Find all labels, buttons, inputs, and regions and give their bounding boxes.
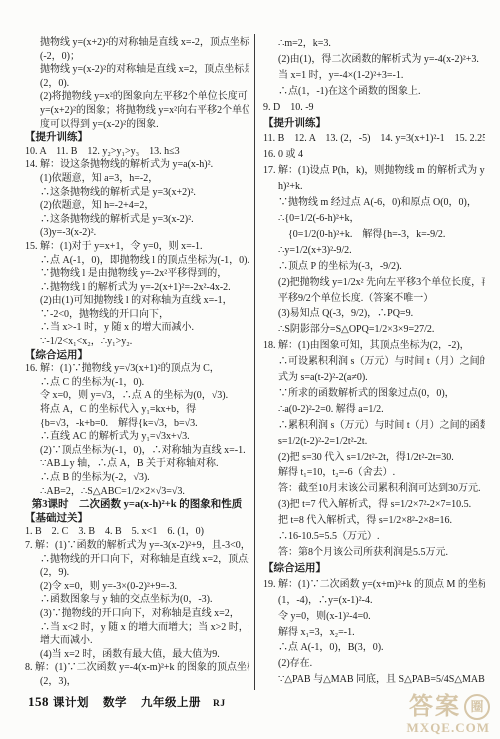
text-line: (2)将抛物线 y=x²的图象向左平移2个单位长度可以得到 <box>25 90 249 104</box>
text-line: ∴点 C 的坐标为(-1，0). <box>25 376 249 390</box>
text-line: ∵-1/2<x₁<x₂，∴y₁>y₂. <box>25 335 249 349</box>
text-line: (2)由(1)，得二次函数的解析式为 y=-4(x-2)²+3. <box>263 52 485 68</box>
text-line: (2)令 x=0，则 y=-3×(0-2)²+9=-3. <box>25 580 249 594</box>
text-line: 15. 解：(1)对于 y=x+1，令 y=0，则 x=-1. <box>25 240 249 254</box>
text-line: 第3课时 二次函数 y=a(x-h)²+k 的图象和性质 <box>25 498 249 512</box>
text-line: 【提升训练】 <box>25 131 249 145</box>
page-number: 158 <box>28 694 49 709</box>
text-line: ∴y=1/2(x+3)²-9/2. <box>263 243 485 259</box>
footer-edition: RJ <box>213 699 226 709</box>
text-line: ∴当 x<2 时，y 随 x 的增大而增大；当 x>2 时，y 随 x 的 <box>25 621 249 635</box>
text-line: 8. 解：(1)∵二次函数 y=-4(x-m)²+k 的图象的顶点坐标为 <box>25 661 249 675</box>
text-line: ∴点 B 的坐标为(-2，√3). <box>25 471 249 485</box>
text-line: (2，9). <box>25 566 249 580</box>
text-line: 将点 A，C 的坐标代入 y₁=kx+b，得 <box>25 403 249 417</box>
text-line: 9. D 10. -9 <box>263 100 485 116</box>
text-line: 令 x=0，则 y=√3，∴点 A 的坐标为(0，√3). <box>25 389 249 403</box>
text-line: 11. B 12. A 13. (2，-5) 14. y=3(x+1)²-1 1… <box>263 131 485 147</box>
text-line: (2)把 s=30 代入 s=1/2t²-2t，得1/2t²-2t=30. <box>263 450 485 466</box>
text-line: 度可以得到 y=(x-2)²的图象. <box>25 118 249 132</box>
text-line: ∵所求的函数解析式的图象过点(0，0)， <box>263 386 485 402</box>
text-line: ∵-2<0，抛物线的开口向下， <box>25 308 249 322</box>
text-line: 增大而减小. <box>25 634 249 648</box>
text-line: (2)依题意，知 h=-2+4=2， <box>25 199 249 213</box>
text-line: (3)把 t=7 代入解析式，得 s=1/2×7²-2×7=10.5. <box>263 497 485 513</box>
text-line: (3)易知点 Q(-3，9/2)，∴PQ=9. <box>263 306 485 322</box>
text-line: ∵抛物线 l 是由抛物线 y=-2x²平移得到的， <box>25 267 249 281</box>
text-line: 把 t=8 代入解析式，得 s=1/2×8²-2×8=16. <box>263 513 485 529</box>
left-column: 抛物线 y=(x+2)²的对称轴是直线 x=-2，顶点坐标是(-2，0)；抛物线… <box>25 36 249 692</box>
text-line: (-2，0)； <box>25 50 249 64</box>
text-line: y=(x+2)²的图象；将抛物线 y=x²向右平移2个单位长 <box>25 104 249 118</box>
text-line: 解得 x₁=3，x₂=-1. <box>263 625 485 641</box>
text-line: ∴S阴影部分=S△OPQ=1/2×3×9=27/2. <box>263 322 485 338</box>
text-line: 答：截至10月末该公司累积利润可达到30万元. <box>263 481 485 497</box>
text-line: 答：第8个月该公司所获利润是5.5万元. <box>263 545 485 561</box>
right-column: ∴m=2，k=3.(2)由(1)，得二次函数的解析式为 y=-4(x-2)²+3… <box>263 36 485 692</box>
text-line: ∵AB⊥y 轴，∴点 A，B 关于对称轴对称. <box>25 457 249 471</box>
text-line: ∴抛物线 l 的解析式为 y=-2(x+1)²=-2x²-4x-2. <box>25 281 249 295</box>
text-line: 【基础过关】 <box>25 512 249 526</box>
footer-subject: 数学 <box>103 697 127 709</box>
text-line: ∴累积利润 s（万元）与时间 t（月）之间的函数解析式为 <box>263 418 485 434</box>
text-line: 7. 解：(1)∵函数的解析式为 y=-3(x-2)²+9，且-3<0， <box>25 539 249 553</box>
text-line: 【综合运用】 <box>263 561 485 577</box>
text-line: 19. 解：(1)∵二次函数 y=(x+m)²+k 的顶点 M 的坐标为 <box>263 577 485 593</box>
text-line: (2)由(1)可知抛物线 l 的对称轴为直线 x=-1， <box>25 294 249 308</box>
text-line: 10. A 11. B 12. y₂>y₁>y₃ 13. h≤3 <box>25 145 249 159</box>
text-line: ∴直线 AC 的解析式为 y₁=√3x+√3. <box>25 430 249 444</box>
text-line: (2)∵顶点坐标为(-1，0)，∴对称轴为直线 x=-1. <box>25 444 249 458</box>
text-line: ∵△PAB 与△MAB 同底，且 S△PAB=5/4S△MAB， <box>263 672 485 688</box>
text-line: ∵抛物线 m 经过点 A(-6，0)和原点 O(0，0)， <box>263 195 485 211</box>
text-line: (2)把抛物线 y=1/2x² 先向左平移3个单位长度，再向下 <box>263 275 485 291</box>
text-line: ∴a(0-2)²-2=0. 解得 a=1/2. <box>263 402 485 418</box>
text-line: 16. 解：(1)∵抛物线 y=√3(x+1)²的顶点为 C， <box>25 362 249 376</box>
text-line: 平移9/2个单位长度.（答案不唯一） <box>263 291 485 307</box>
text-line: 抛物线 y=(x+2)²的对称轴是直线 x=-2，顶点坐标是 <box>25 36 249 50</box>
column-divider <box>254 34 255 690</box>
text-line: ∴16-10.5=5.5（万元）. <box>263 529 485 545</box>
watermark-logo: 答案圈 <box>407 694 490 720</box>
text-line: ∴AB=2，∴S△ABC=1/2×2×√3=√3. <box>25 485 249 499</box>
text-line: ∴m=2，k=3. <box>263 36 485 52</box>
textbook-answer-page: 抛物线 y=(x+2)²的对称轴是直线 x=-2，顶点坐标是(-2，0)；抛物线… <box>0 0 500 739</box>
text-line: 令 y=0，则(x-1)²-4=0. <box>263 609 485 625</box>
watermark-circle-icon: 圈 <box>464 694 490 720</box>
text-line: ∴顶点 P 的坐标为(-3，-9/2). <box>263 259 485 275</box>
text-line: ∴{0=1/2(-6-h)²+k， <box>263 211 485 227</box>
text-line: ∴点 A(-1，0)，即抛物线 l 的顶点坐标为(-1，0). <box>25 254 249 268</box>
page-footer: 158课计划数学九年级上册RJ <box>28 694 226 710</box>
text-line: s=1/2(t-2)²-2=1/2t²-2t. <box>263 434 485 450</box>
watermark-site-text: MXQE.COM <box>407 721 490 735</box>
text-line: 解得 t₁=10，t₂=-6（舍去）. <box>263 465 485 481</box>
watermark: 答案圈 MXQE.COM <box>407 694 490 735</box>
text-line: ∴这条抛物线的解析式是 y=3(x+2)². <box>25 186 249 200</box>
text-line: 14. 解：设这条抛物线的解析式为 y=a(x-h)². <box>25 158 249 172</box>
text-line: ∴抛物线的开口向下，对称轴是直线 x=2，顶点坐标是 <box>25 553 249 567</box>
text-line: 式为 s=a(t-2)²-2(a≠0). <box>263 370 485 386</box>
footer-series: 课计划 <box>53 697 89 709</box>
text-line: ∴可设累积利润 s（万元）与时间 t（月）之间的函数解析 <box>263 354 485 370</box>
text-line: 18. 解：(1)由图象可知，其顶点坐标为(2，-2)， <box>263 338 485 354</box>
text-line: 当 x=1 时，y=-4×(1-2)²+3=-1. <box>263 68 485 84</box>
text-line: h)²+k. <box>263 179 485 195</box>
footer-grade: 九年级上册 <box>141 697 201 709</box>
text-line: 抛物线 y=(x-2)²的对称轴是直线 x=2，顶点坐标是 <box>25 63 249 77</box>
text-line: (4)当 x=2 时，函数有最大值，最大值为9. <box>25 648 249 662</box>
text-line: ∴当 x>-1 时，y 随 x 的增大而减小. <box>25 321 249 335</box>
text-line: (2，0). <box>25 77 249 91</box>
text-line: ∴点 A(-1，0)，B(3，0). <box>263 640 485 656</box>
text-line: 17. 解：(1)设点 P(h，k)，则抛物线 m 的解析式为 y=1/2(x- <box>263 163 485 179</box>
text-line: {0=1/2(0-h)²+k. 解得{h=-3，k=-9/2. <box>263 227 485 243</box>
text-line: (1)依题意，知 a=3，h=-2， <box>25 172 249 186</box>
text-line: 16. 0 或 4 <box>263 147 485 163</box>
text-line: (3)∵抛物线的开口向下，对称轴是直线 x=2， <box>25 607 249 621</box>
text-line: ∴函数图象与 y 轴的交点坐标为(0，-3). <box>25 593 249 607</box>
text-line: (3)y=-3(x-2)². <box>25 226 249 240</box>
text-line: (2，3)， <box>25 675 249 689</box>
text-line: 【提升训练】 <box>263 116 485 132</box>
watermark-logo-text: 答案 <box>409 694 461 720</box>
text-line: ∴点(1，-1)在这个函数的图象上. <box>263 84 485 100</box>
text-line: (2)存在. <box>263 656 485 672</box>
text-line: {b=√3，-k+b=0. 解得{k=√3，b=√3. <box>25 417 249 431</box>
text-line: ∴这条抛物线的解析式是 y=3(x-2)². <box>25 213 249 227</box>
text-line: 1. B 2. C 3. B 4. B 5. x<1 6. (1，0) <box>25 525 249 539</box>
text-line: (1，-4)，∴y=(x-1)²-4. <box>263 593 485 609</box>
text-line: 【综合运用】 <box>25 349 249 363</box>
